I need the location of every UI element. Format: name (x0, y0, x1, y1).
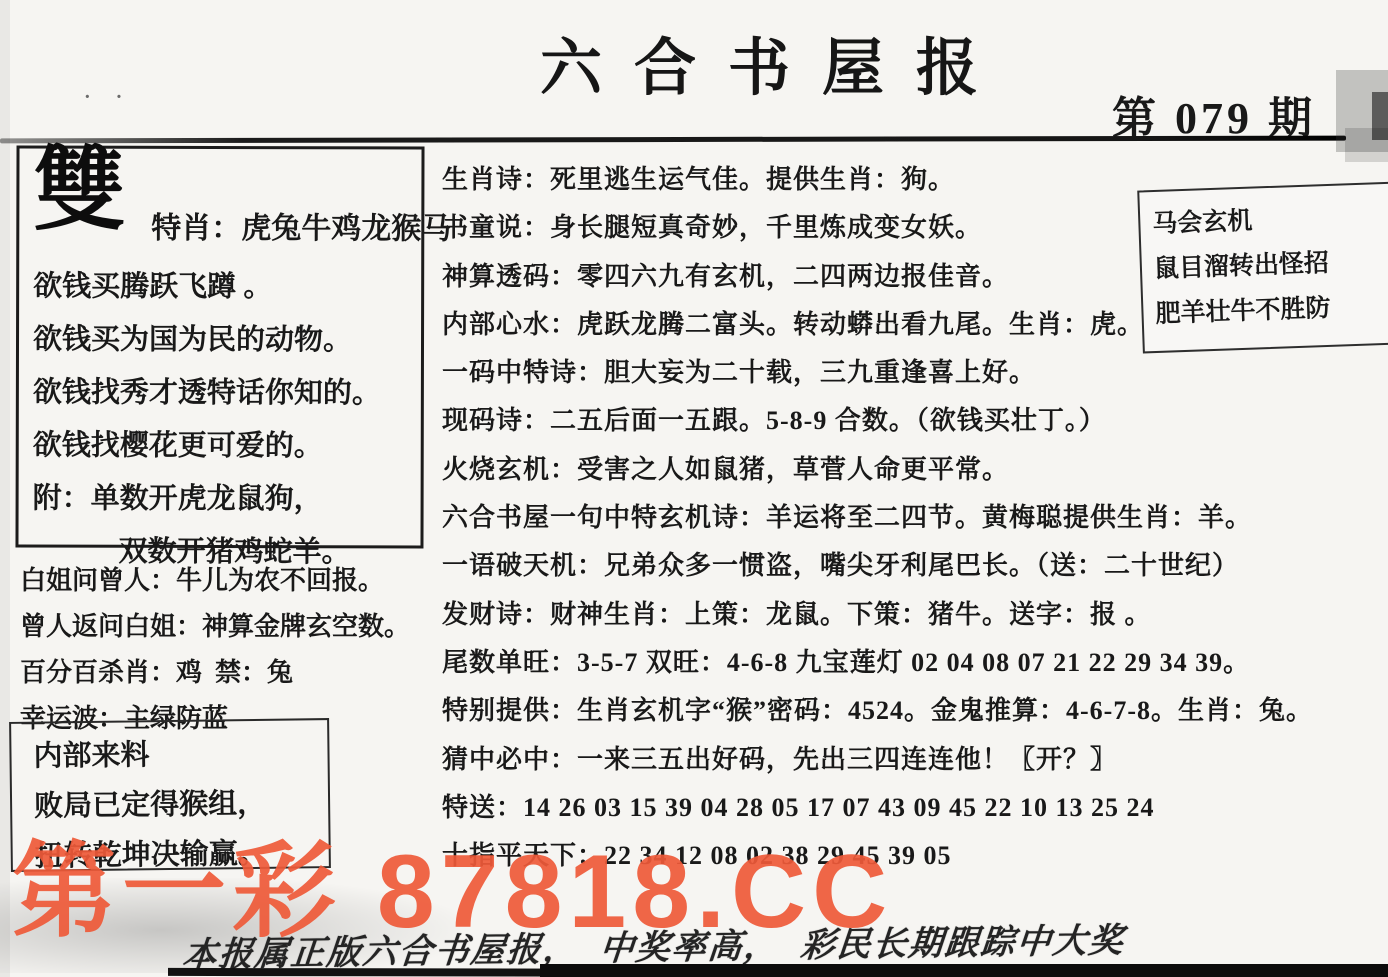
tip-line: 发财诗：财神生肖：上策：龙鼠。下策：猪牛。送字：报 。 (442, 591, 1386, 639)
tip-line: 六合书屋一句中特玄机诗：羊运将至二四节。黄梅聪提供生肖：羊。 (442, 494, 1386, 542)
tip-line: 特送：14 26 03 15 39 04 28 05 17 07 43 09 4… (442, 784, 1386, 832)
special-zodiac-lines: 欲钱买腾跃飞蹲 。欲钱买为国为民的动物。欲钱找秀才透特话你知的。欲钱找樱花更可爱… (32, 261, 413, 580)
scanned-lottery-sheet: · · 六合书屋报 第 079 期 马会玄机鼠目溜转出怪招肥羊壮牛不胜防 雙 特… (0, 0, 1388, 977)
scan-speckle-rule-end (1345, 128, 1388, 162)
tip-line: 现码诗：二五后面一五跟。5-8-9 合数。（欲钱买壮丁。） (442, 397, 1386, 445)
tip-line: 尾数单旺：3-5-7 双旺：4-6-8 九宝莲灯 02 04 08 07 21 … (442, 639, 1386, 687)
qa-line: 百分百杀肖：鸡 禁：兔 (20, 650, 430, 696)
tip-line: 内部心水：虎跃龙腾二富头。转动蟒出看九尾。生肖：虎。 (442, 301, 1386, 349)
tip-line: 一码中特诗：胆大妄为二十载，三九重逢喜上好。 (442, 349, 1386, 397)
special-line: 欲钱买腾跃飞蹲 。 (33, 261, 413, 315)
special-zodiac-headline: 特肖：虎兔牛鸡龙猴马 (151, 203, 451, 248)
scan-left-edge-shade (0, 0, 10, 977)
tip-line: 特别提供：生肖玄机字“猴”密码：4524。金鬼推算：4-6-7-8。生肖：兔。 (442, 687, 1386, 735)
special-line: 附：单数开虎龙鼠狗， (33, 473, 413, 527)
scan-bottom-bar-thick (540, 964, 1388, 977)
tip-line: 一语破天机：兄弟众多一惯盗，嘴尖牙利尾巴长。（送：二十世纪） (442, 542, 1386, 590)
special-line: 欲钱买为国为民的动物。 (33, 314, 413, 368)
scan-dots-artifact: · · (84, 86, 132, 109)
double-character: 雙 (33, 145, 125, 237)
tips-list: 生肖诗：死里逃生运气佳。提供生肖：狗。书童说：身长腿短真奇妙，千里炼成变女妖。神… (442, 156, 1386, 880)
tip-line: 书童说：身长腿短真奇妙，千里炼成变女妖。 (442, 204, 1386, 252)
special-line: 欲钱找秀才透特话你知的。 (33, 367, 413, 421)
sister-bai-qa-lines: 白姐问曾人：牛儿为农不回报。曾人返问白姐：神算金牌玄空数。百分百杀肖：鸡 禁：兔… (20, 558, 430, 742)
qa-line: 曾人返问白姐：神算金牌玄空数。 (20, 604, 430, 650)
special-box-header: 雙 特肖：虎兔牛鸡龙猴马 (33, 159, 413, 262)
inner-info-line: 内部来料 (33, 728, 318, 781)
tip-line: 神算透码：零四六九有玄机，二四两边报佳音。 (442, 253, 1386, 301)
special-zodiac-box: 雙 特肖：虎兔牛鸡龙猴马 欲钱买腾跃飞蹲 。欲钱买为国为民的动物。欲钱找秀才透特… (15, 145, 424, 548)
tip-line: 火烧玄机：受害之人如鼠猪，草菅人命更平常。 (442, 446, 1386, 494)
special-line: 欲钱找樱花更可爱的。 (33, 420, 413, 474)
tip-line: 生肖诗：死里逃生运气佳。提供生肖：狗。 (442, 156, 1386, 204)
inner-info-line: 败局已定得猴组， (34, 778, 319, 831)
tip-line: 猜中必中：一来三五出好码，先出三四连连他！〖开？〗 (442, 736, 1386, 784)
qa-line: 白姐问曾人：牛儿为农不回报。 (20, 558, 430, 604)
watermark-text: 第一彩 87818.CC (12, 838, 893, 947)
page-title: 六合书屋报 (540, 18, 1010, 107)
